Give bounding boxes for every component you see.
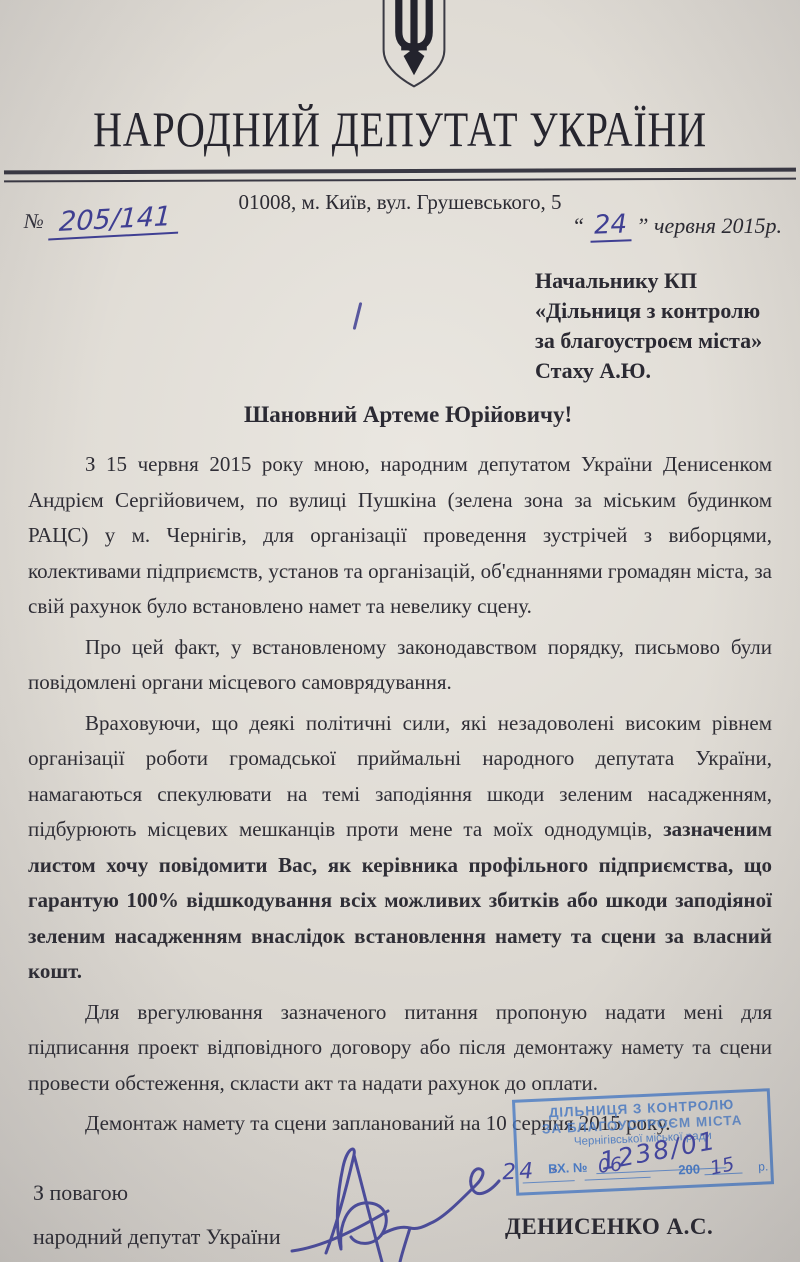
body-paragraph-1: З 15 червня 2015 року мною, народним деп… — [28, 447, 772, 625]
document-number: № 205/141 — [24, 204, 179, 237]
pen-stroke-mark — [353, 302, 363, 330]
closing-phrase: З повагою — [33, 1180, 128, 1206]
registration-stamp: ДІЛЬНИЦЯ З КОНТРОЛЮ ЗА БЛАГОУСТРОЄМ МІСТ… — [512, 1088, 774, 1196]
letter-body: З 15 червня 2015 року мною, народним деп… — [28, 447, 772, 1147]
document-date: “ 24 ” червня 2015р. — [572, 210, 782, 242]
body-paragraph-2: Про цей факт, у встановленому законодавс… — [28, 630, 772, 701]
stamp-year-suffix: р. — [758, 1159, 769, 1173]
recipient-line: «Дільниця з контролю — [535, 296, 762, 326]
recipient-line: за благоустроєм міста» — [535, 326, 762, 356]
stamp-month-handwritten: 06 — [597, 1153, 624, 1178]
stamp-date-quote: „ — [552, 1161, 556, 1173]
ukraine-trident-emblem — [363, 0, 465, 96]
body-paragraph-3-regular: Враховуючи, що деякі політичні сили, які… — [28, 711, 772, 842]
stamp-year-handwritten: 15 — [708, 1153, 736, 1180]
handwritten-signature — [288, 1133, 520, 1262]
recipient-line: Начальнику КП — [535, 266, 762, 296]
recipient-line: Стаху А.Ю. — [535, 356, 762, 386]
date-close-quote: ” — [636, 213, 648, 238]
recipient-block: Начальнику КП «Дільниця з контролю за бл… — [535, 266, 762, 386]
salutation: Шановний Артеме Юрійовичу! — [244, 402, 572, 428]
stamp-year-printed: 200 — [678, 1161, 700, 1177]
body-paragraph-4: Для врегулювання зазначеного питання про… — [28, 995, 772, 1102]
body-paragraph-3-bold: зазначеним листом хочу повідомити Вас, я… — [28, 817, 772, 983]
letterhead-title: НАРОДНИЙ ДЕПУТАТ УКРАЇНИ — [80, 100, 720, 158]
document-number-handwritten: 205/141 — [48, 201, 180, 241]
date-open-quote: “ — [572, 213, 584, 238]
body-paragraph-3: Враховуючи, що деякі політичні сили, які… — [28, 706, 772, 990]
stamp-date-underline-2 — [585, 1177, 651, 1181]
signer-position: народний депутат України — [33, 1224, 281, 1250]
date-month-year: червня 2015р. — [654, 213, 782, 238]
date-day-handwritten: 24 — [589, 209, 631, 242]
signer-name: ДЕНИСЕНКО А.С. — [505, 1214, 713, 1240]
scanned-letter-page: НАРОДНИЙ ДЕПУТАТ УКРАЇНИ 01008, м. Київ,… — [0, 0, 800, 1262]
document-number-label: № — [24, 209, 44, 233]
letterhead-divider — [4, 168, 796, 183]
